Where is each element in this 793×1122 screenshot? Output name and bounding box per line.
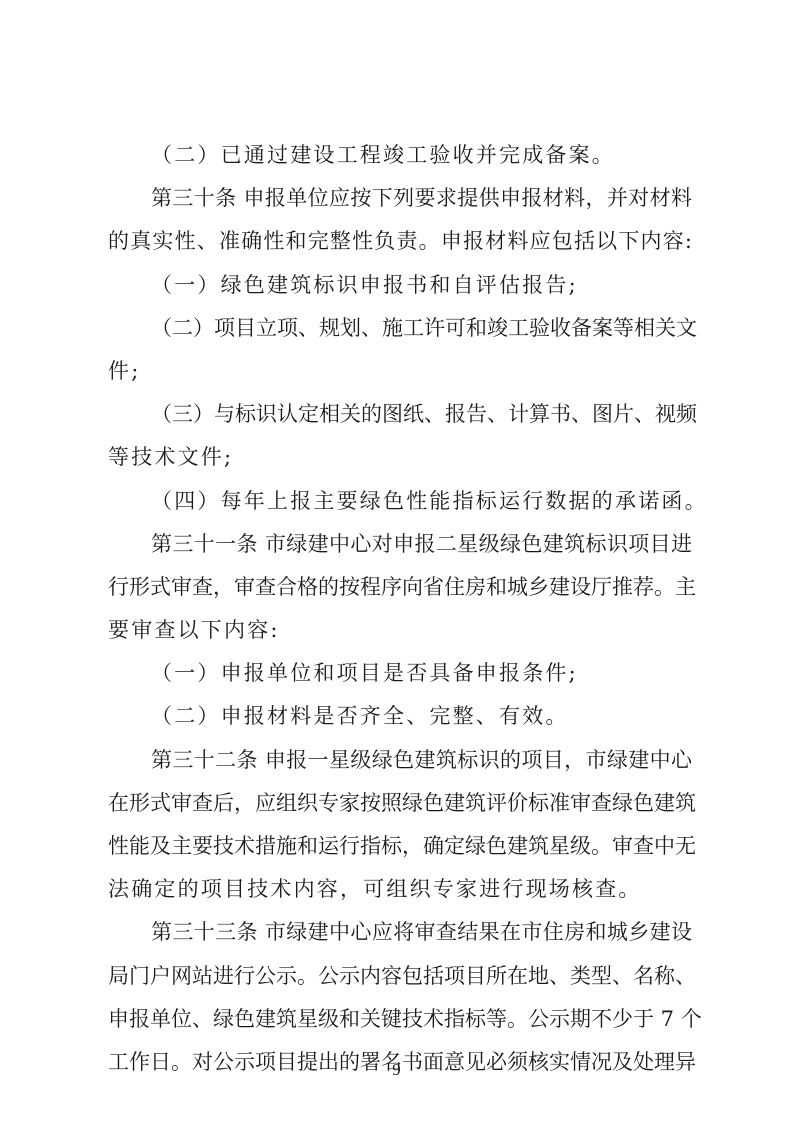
paragraph-line: 要审查以下内容: (108, 609, 692, 652)
page-number: 9 (0, 1060, 793, 1080)
list-item-line: （三）与标识认定相关的图纸、报告、计算书、图片、视频 (108, 393, 692, 436)
paragraph-line: 申报单位、绿色建筑星级和关键技术指标等。公示期不少于 7 个 (108, 998, 692, 1041)
list-item-line: （四）每年上报主要绿色性能指标运行数据的承诺函。 (108, 480, 692, 523)
list-item-line: （一）绿色建筑标识申报书和自评估报告; (108, 264, 692, 307)
list-item-line: （一）申报单位和项目是否具备申报条件; (108, 652, 692, 695)
list-item-line: （二）申报材料是否齐全、完整、有效。 (108, 695, 692, 738)
list-item-line: （二）项目立项、规划、施工许可和竣工验收备案等相关文 (108, 307, 692, 350)
article-32-heading-line: 第三十二条 申报一星级绿色建筑标识的项目，市绿建中心 (108, 739, 692, 782)
paragraph-line: 件; (108, 350, 692, 393)
paragraph-line: 的真实性、准确性和完整性负责。申报材料应包括以下内容: (108, 220, 692, 263)
paragraph-line: 性能及主要技术措施和运行指标，确定绿色建筑星级。审查中无 (108, 825, 692, 868)
article-30-heading-line: 第三十条 申报单位应按下列要求提供申报材料，并对材料 (108, 177, 692, 220)
document-page-body: （二）已通过建设工程竣工验收并完成备案。 第三十条 申报单位应按下列要求提供申报… (108, 134, 692, 1084)
paragraph-line: 行形式审查，审查合格的按程序向省住房和城乡建设厅推荐。主 (108, 566, 692, 609)
paragraph-line: 在形式审查后，应组织专家按照绿色建筑评价标准审查绿色建筑 (108, 782, 692, 825)
paragraph-line: 等技术文件; (108, 436, 692, 479)
paragraph-line: 法确定的项目技术内容，可组织专家进行现场核查。 (108, 868, 692, 911)
article-31-heading-line: 第三十一条 市绿建中心对申报二星级绿色建筑标识项目进 (108, 523, 692, 566)
paragraph-line: 局门户网站进行公示。公示内容包括项目所在地、类型、名称、 (108, 955, 692, 998)
article-33-heading-line: 第三十三条 市绿建中心应将审查结果在市住房和城乡建设 (108, 911, 692, 954)
paragraph-line: （二）已通过建设工程竣工验收并完成备案。 (108, 134, 692, 177)
